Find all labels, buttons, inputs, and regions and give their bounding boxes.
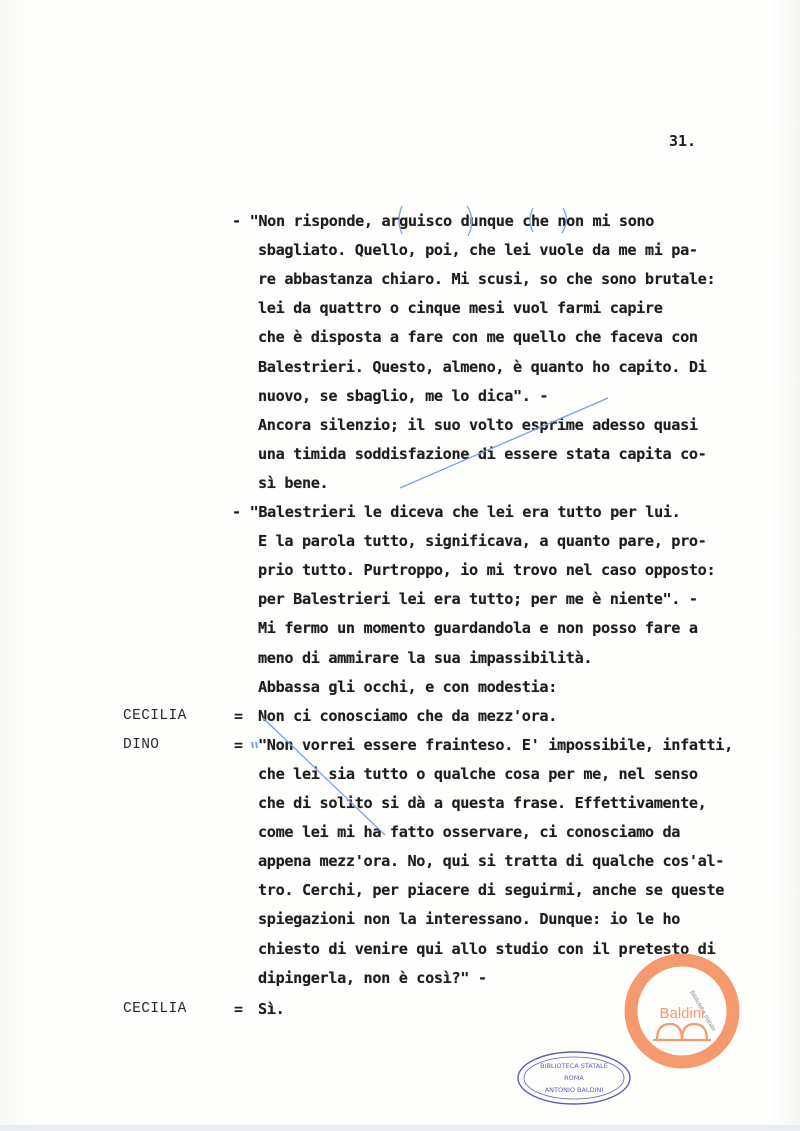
body-line: meno di ammirare la sua impassibilità. xyxy=(258,649,592,667)
dialogue-line: Non ci conosciamo che da mezz'ora. xyxy=(258,707,557,725)
baldini-library-logo: Biblioteca statale Baldini xyxy=(623,952,741,1070)
speaker-label: CECILIA xyxy=(123,1001,187,1017)
body-line: Mi fermo un momento guardandola e non po… xyxy=(258,619,698,637)
page-bottom-edge xyxy=(0,1125,800,1131)
body-line: E la parola tutto, significava, a quanto… xyxy=(258,532,706,550)
body-line: sì bene. xyxy=(258,474,328,492)
library-stamp: BIBLIOTECA STATALE ROMA ANTONIO BALDINI xyxy=(515,1048,633,1108)
body-line: per Balestrieri lei era tutto; per me è … xyxy=(258,590,698,608)
body-line: sbagliato. Quello, poi, che lei vuole da… xyxy=(258,241,698,259)
dialogue-line: spiegazioni non la interessano. Dunque: … xyxy=(258,910,680,928)
quote-mark xyxy=(252,742,257,748)
svg-text:ANTONIO BALDINI: ANTONIO BALDINI xyxy=(545,1086,604,1094)
body-line: - "Balestrieri le diceva che lei era tut… xyxy=(232,503,680,521)
dialogue-line: che lei sia tutto o qualche cosa per me,… xyxy=(258,765,698,783)
dialogue-line: come lei mi ha fatto osservare, ci conos… xyxy=(258,823,680,841)
scanned-page: 31. - "Non risponde, arguisco dunque che… xyxy=(0,0,800,1131)
svg-text:ROMA: ROMA xyxy=(564,1074,584,1082)
body-line: Balestrieri. Questo, almeno, è quanto ho… xyxy=(258,358,706,376)
body-line: una timida soddisfazione di essere stata… xyxy=(258,445,706,463)
body-line: nuovo, se sbaglio, me lo dica". - xyxy=(258,387,548,405)
speaker-separator: = xyxy=(234,707,243,725)
svg-text:BIBLIOTECA STATALE: BIBLIOTECA STATALE xyxy=(540,1062,608,1070)
strike-line-1 xyxy=(400,398,608,488)
body-line: re abbastanza chiaro. Mi scusi, so che s… xyxy=(258,270,715,288)
dialogue-line: tro. Cerchi, per piacere di seguirmi, an… xyxy=(258,881,724,899)
speaker-separator: = xyxy=(234,1000,243,1018)
speaker-separator: = xyxy=(234,736,243,754)
dialogue-line: che di solito si dà a questa frase. Effe… xyxy=(258,794,706,812)
body-line: che è disposta a fare con me quello che … xyxy=(258,328,698,346)
dialogue-line: appena mezz'ora. No, qui si tratta di qu… xyxy=(258,852,724,870)
body-line: - "Non risponde, arguisco dunque che non… xyxy=(232,212,654,230)
page-number: 31. xyxy=(669,132,696,150)
dialogue-line: "Non vorrei essere frainteso. E' impossi… xyxy=(258,736,733,754)
speaker-label: CECILIA xyxy=(123,708,187,724)
body-line: lei da quattro o cinque mesi vuol farmi … xyxy=(258,299,663,317)
body-line: prio tutto. Purtroppo, io mi trovo nel c… xyxy=(258,561,715,579)
body-line: Abbassa gli occhi, e con modestia: xyxy=(258,678,557,696)
body-line: Ancora silenzio; il suo volto esprime ad… xyxy=(258,416,698,434)
speaker-label: DINO xyxy=(123,737,159,753)
dialogue-line: Sì. xyxy=(258,1000,284,1018)
svg-text:Baldini: Baldini xyxy=(659,1005,704,1022)
dialogue-line: dipingerla, non è così?" - xyxy=(258,969,487,987)
